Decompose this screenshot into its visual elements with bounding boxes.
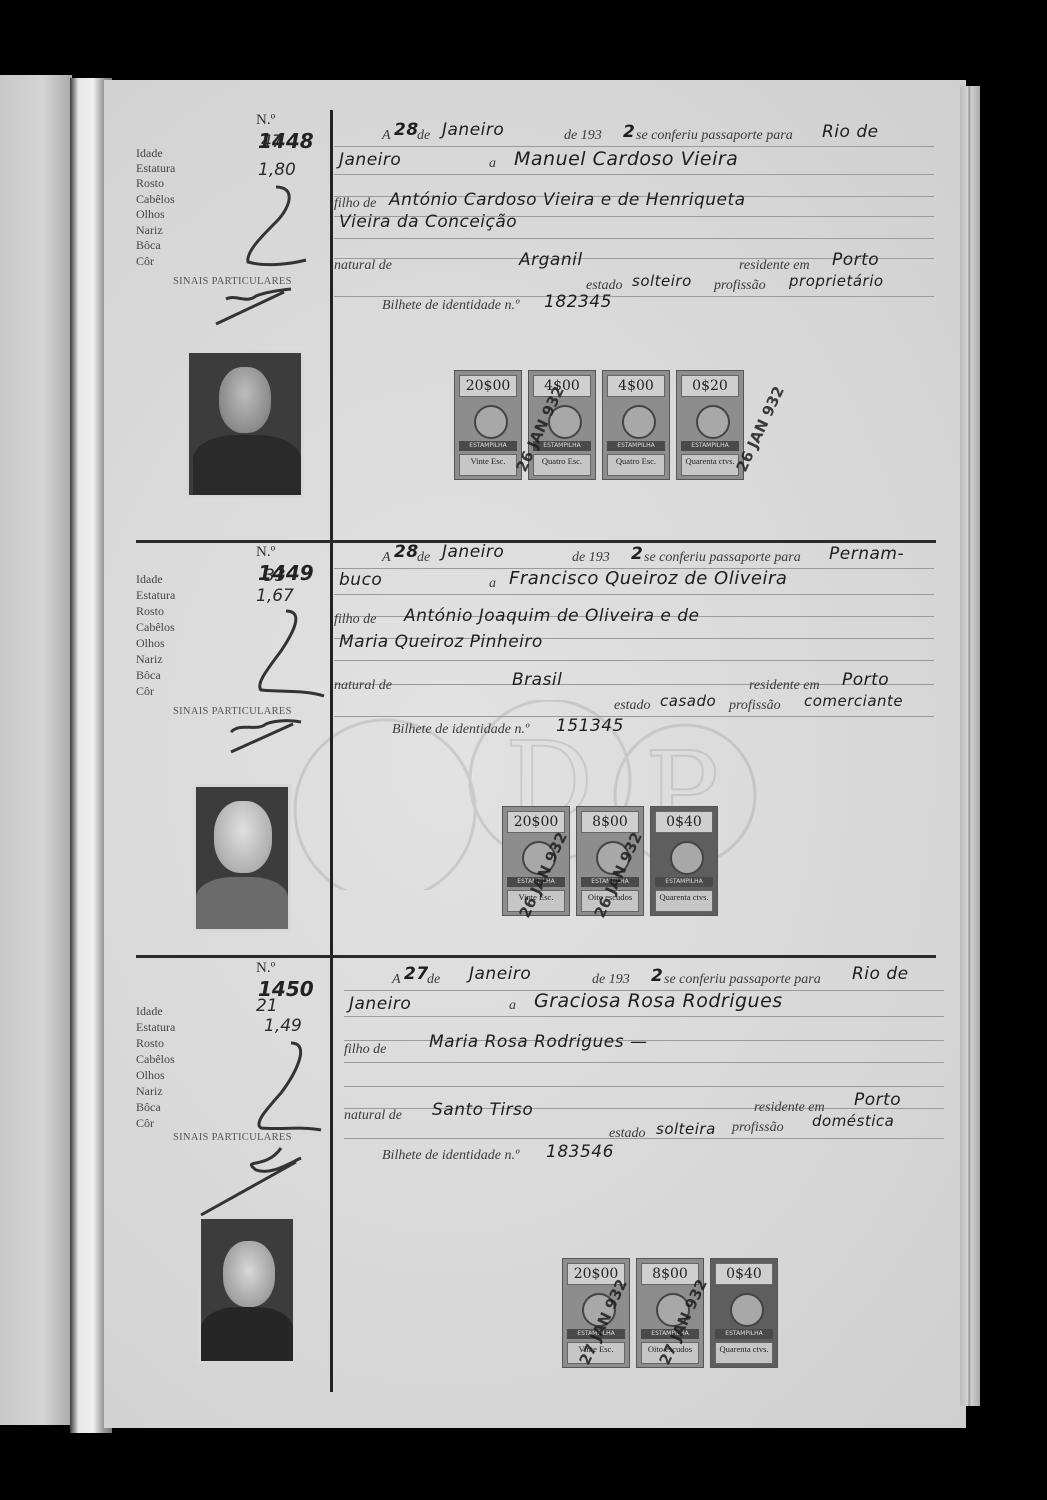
label-boca: Bôca [136,1100,161,1115]
profissao-value: proprietário [789,272,884,290]
month-value: Janeiro [469,964,531,984]
crest-icon [622,405,656,439]
register-entry: N.º 1449 Idade Estatura Rosto Cabêlos Ol… [104,544,966,954]
label-nariz: Nariz [136,1084,163,1099]
crest-icon [696,405,730,439]
holder-name: Francisco Queiroz de Oliveira [509,568,787,589]
revenue-stamp: 0$40ESTAMPILHA FISCALQuarenta ctvs. [710,1258,778,1368]
day-value: 27 [404,964,429,984]
number-label: N.º [256,112,275,128]
idade-value: 21 [256,996,278,1016]
label-estado: estado [614,698,651,714]
label-a-name: a [509,998,516,1014]
year-digit: 2 [651,966,663,986]
number-label: N.º [256,544,275,560]
natural-value: Arganil [519,250,583,270]
label-idade: Idade [136,1004,163,1019]
label-conferiu: se conferiu passaporte para [644,550,801,566]
label-estado: estado [609,1126,646,1142]
entry-number: N.º 1450 [256,960,331,1001]
parents-line-2: Maria Queiroz Pinheiro [339,632,543,652]
label-year: de 193 [564,128,602,144]
revenue-stamp: 4$00ESTAMPILHA FISCALQuatro Esc. [602,370,670,480]
label-a: A [382,128,391,144]
revenue-stamp: 20$00ESTAMPILHA FISCALVinte Esc. [454,370,522,480]
label-a-name: a [489,156,496,172]
label-profissao: profissão [729,698,781,714]
label-a: A [382,550,391,566]
label-cor: Côr [136,1116,154,1131]
entry-separator [136,540,936,543]
destination-value: Rio de [852,964,909,984]
label-cabelos: Cabêlos [136,1052,175,1067]
destination-continued: buco [339,570,382,590]
estado-value: casado [660,692,716,710]
label-nariz: Nariz [136,652,163,667]
label-year: de 193 [572,550,610,566]
revenue-stamps: 20$00ESTAMPILHA FISCALVinte Esc. 8$00EST… [502,806,718,916]
month-value: Janeiro [442,120,504,140]
ditto-mark [236,606,331,701]
bilhete-value: 183546 [546,1142,614,1162]
crest-icon [670,841,704,875]
residente-value: Porto [832,250,879,270]
label-idade: Idade [136,146,163,161]
destination-continued: Janeiro [339,150,401,170]
label-conferiu: se conferiu passaporte para [636,128,793,144]
revenue-stamps: 20$00ESTAMPILHA FISCALVinte Esc. 4$00EST… [454,370,744,480]
idade-value: 33 [264,566,286,586]
label-estatura: Estatura [136,588,175,603]
parents-line-1: António Cardoso Vieira e de Henriqueta [389,190,746,210]
left-page-edge [0,75,72,1425]
label-rosto: Rosto [136,1036,164,1051]
label-natural-de: natural de [344,1108,402,1124]
label-bilhete: Bilhete de identidade n.º [382,298,519,314]
natural-value: Brasil [512,670,562,690]
crest-icon [730,1293,764,1327]
idade-value: 47 [261,132,283,152]
label-filho-de: filho de [334,612,376,628]
label-boca: Bôca [136,238,161,253]
label-estatura: Estatura [136,1020,175,1035]
label-olhos: Olhos [136,207,165,222]
passport-photo-man-bowtie [193,784,291,932]
label-profissao: profissão [732,1120,784,1136]
revenue-stamps: 20$00ESTAMPILHA FISCALVinte Esc. 8$00EST… [562,1258,778,1368]
label-natural-de: natural de [334,258,392,274]
label-estatura: Estatura [136,161,175,176]
parents-line-1: Maria Rosa Rodrigues — [429,1032,648,1052]
register-entry: N.º 1450 Idade Estatura Rosto Cabêlos Ol… [104,960,966,1400]
bilhete-value: 151345 [556,716,624,736]
day-value: 28 [394,120,419,140]
label-de: de [417,550,430,566]
profissao-value: doméstica [812,1112,894,1130]
profissao-value: comerciante [804,692,903,710]
destination-value: Rio de [822,122,879,142]
passport-photo-man [186,350,304,498]
label-natural-de: natural de [334,678,392,694]
label-rosto: Rosto [136,604,164,619]
label-filho-de: filho de [334,196,376,212]
entry-separator [136,955,936,958]
label-de: de [427,972,440,988]
holder-name: Manuel Cardoso Vieira [514,148,738,170]
label-a: A [392,972,401,988]
parents-line-2: Vieira da Conceição [339,212,517,232]
estatura-value: 1,67 [256,586,294,606]
label-filho-de: filho de [344,1042,386,1058]
crest-icon [474,405,508,439]
label-olhos: Olhos [136,636,165,651]
estatura-value: 1,49 [264,1016,302,1036]
residente-value: Porto [854,1090,901,1110]
label-cor: Côr [136,254,154,269]
register-entry: N.º 1448 Idade Estatura Rosto Cabêlos Ol… [104,112,966,532]
passport-photo-woman [198,1216,296,1364]
parents-line-1: António Joaquim de Oliveira e de [404,606,700,626]
label-idade: Idade [136,572,163,587]
year-digit: 2 [623,122,635,142]
label-bilhete: Bilhete de identidade n.º [392,722,529,738]
label-boca: Bôca [136,668,161,683]
month-value: Janeiro [442,542,504,562]
estado-value: solteira [656,1120,716,1138]
label-cor: Côr [136,684,154,699]
destination-value: Pernam- [829,544,904,564]
day-value: 28 [394,542,419,562]
ditto-mark [236,182,316,272]
ditto-mark [236,1038,326,1138]
signature-mark [181,1140,321,1220]
label-de: de [417,128,430,144]
label-cabelos: Cabêlos [136,192,175,207]
signature-mark [211,714,311,754]
label-olhos: Olhos [136,1068,165,1083]
label-bilhete: Bilhete de identidade n.º [382,1148,519,1164]
estado-value: solteiro [632,272,692,290]
signature-mark [206,284,306,329]
estatura-value: 1,80 [258,160,296,180]
label-rosto: Rosto [136,176,164,191]
holder-name: Graciosa Rosa Rodrigues [534,990,783,1012]
label-cabelos: Cabêlos [136,620,175,635]
label-conferiu: se conferiu passaporte para [664,972,821,988]
number-label: N.º [256,960,275,976]
label-nariz: Nariz [136,223,163,238]
year-digit: 2 [631,544,643,564]
revenue-stamp: 0$40ESTAMPILHA FISCALQuarenta ctvs. [650,806,718,916]
destination-continued: Janeiro [349,994,411,1014]
label-year: de 193 [592,972,630,988]
natural-value: Santo Tirso [432,1100,533,1120]
residente-value: Porto [842,670,889,690]
label-a-name: a [489,576,496,592]
bilhete-value: 182345 [544,292,612,312]
label-profissao: profissão [714,278,766,294]
